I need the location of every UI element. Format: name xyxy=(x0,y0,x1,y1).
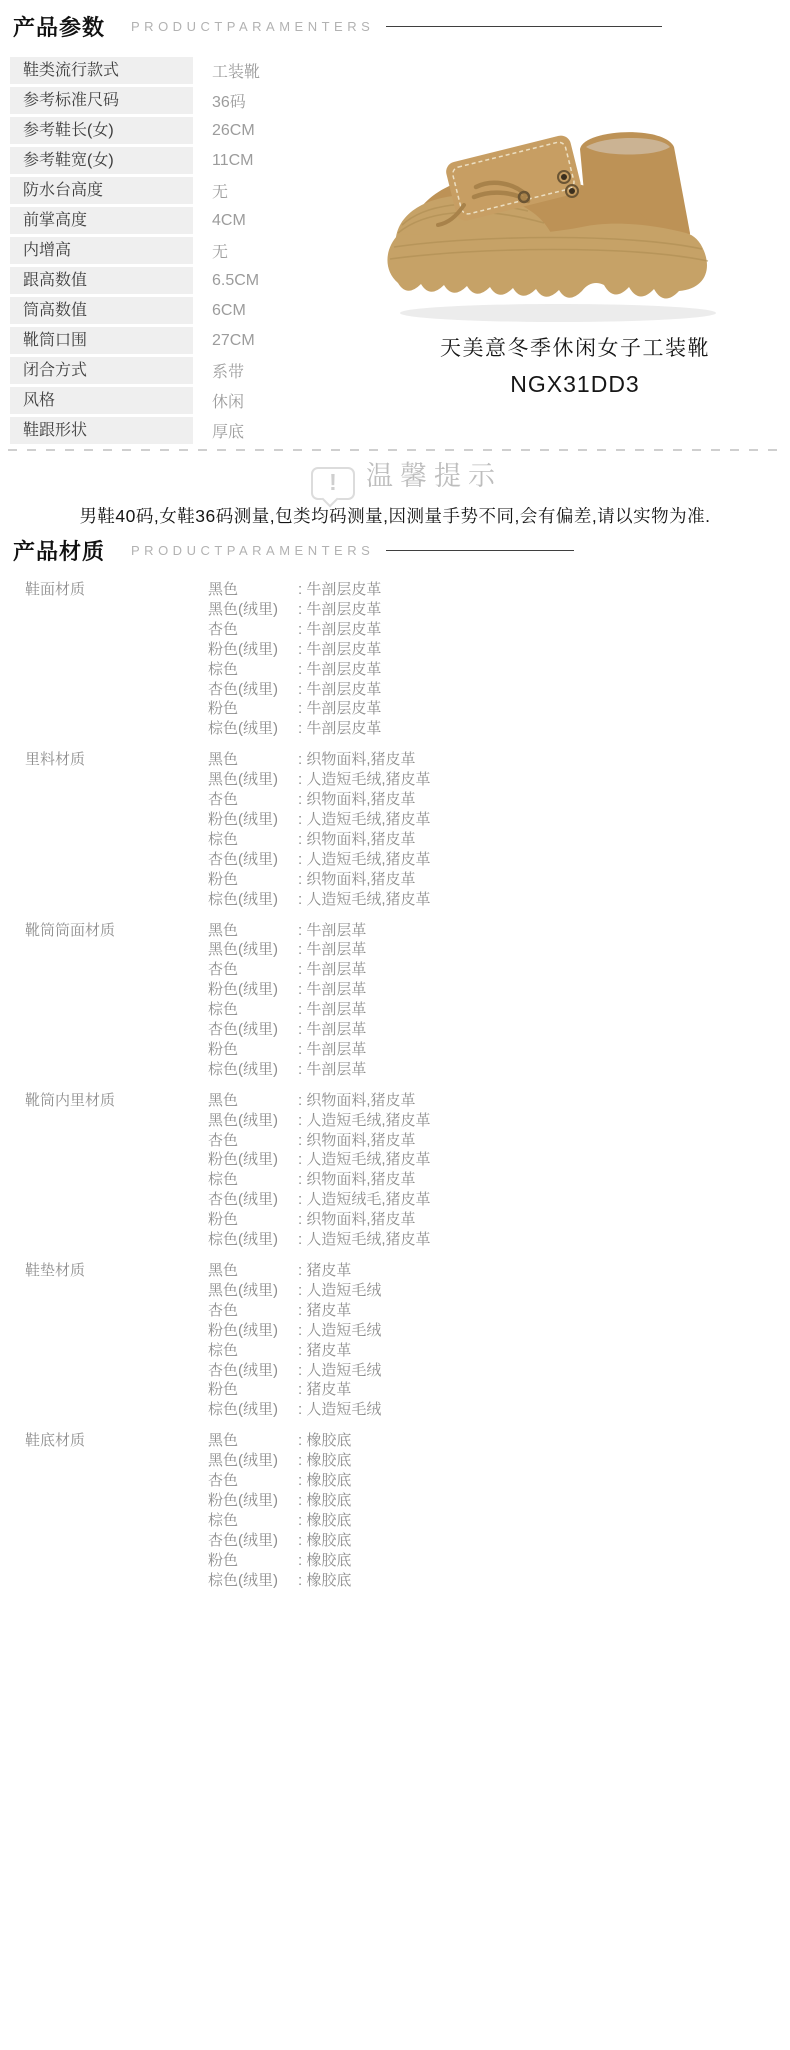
spec-label: 参考鞋宽(女) xyxy=(10,147,193,174)
spec-table: 鞋类流行款式工装靴参考标准尺码36码参考鞋长(女)26CM参考鞋宽(女)11CM… xyxy=(10,57,260,447)
material-color-name: 杏色 xyxy=(208,790,298,810)
spec-row: 参考标准尺码36码 xyxy=(10,87,260,114)
spec-value: 36码 xyxy=(212,89,246,112)
material-color-name: 棕色 xyxy=(208,1000,298,1020)
material-color-name: 粉色(绒里) xyxy=(208,1321,298,1341)
material-value: 牛剖层皮革 xyxy=(306,581,381,598)
material-value: 牛剖层革 xyxy=(306,1041,366,1058)
material-line: 杏色: 织物面料,猪皮革 xyxy=(208,1131,431,1151)
spec-value: 6.5CM xyxy=(212,272,259,290)
material-color-name: 黑色(绒里) xyxy=(208,1451,298,1471)
material-line: 黑色(绒里): 人造短毛绒,猪皮革 xyxy=(208,1111,431,1131)
material-value: 橡胶底 xyxy=(306,1572,351,1589)
material-value: 人造短毛绒,猪皮革 xyxy=(306,851,430,868)
material-lines: 黑色: 牛剖层革黑色(绒里): 牛剖层革杏色: 牛剖层革粉色(绒里): 牛剖层革… xyxy=(208,921,366,1080)
spec-label: 防水台高度 xyxy=(10,177,193,204)
material-line: 杏色: 猪皮革 xyxy=(208,1301,381,1321)
material-value: 织物面料,猪皮革 xyxy=(306,791,415,808)
spec-label: 鞋跟形状 xyxy=(10,417,193,444)
material-color-name: 粉色(绒里) xyxy=(208,980,298,1000)
material-line: 杏色(绒里): 人造短绒毛,猪皮革 xyxy=(208,1190,431,1210)
material-value: 牛剖层革 xyxy=(306,941,366,958)
material-value: 牛剖层皮革 xyxy=(306,601,381,618)
header-rule xyxy=(386,550,574,551)
material-color-name: 棕色(绒里) xyxy=(208,1230,298,1250)
material-line: 杏色: 橡胶底 xyxy=(208,1471,351,1491)
spec-value: 休闲 xyxy=(212,389,244,412)
material-line: 杏色(绒里): 人造短毛绒 xyxy=(208,1361,381,1381)
material-color-name: 粉色 xyxy=(208,1551,298,1571)
material-value: 橡胶底 xyxy=(306,1512,351,1529)
material-line: 棕色(绒里): 牛剖层革 xyxy=(208,1060,366,1080)
material-line: 棕色: 猪皮革 xyxy=(208,1341,381,1361)
material-value: 橡胶底 xyxy=(306,1532,351,1549)
material-group-label: 里料材质 xyxy=(25,750,208,909)
material-value: 牛剖层革 xyxy=(306,922,366,939)
material-lines: 黑色: 织物面料,猪皮革黑色(绒里): 人造短毛绒,猪皮革杏色: 织物面料,猪皮… xyxy=(208,750,431,909)
material-line: 棕色: 牛剖层皮革 xyxy=(208,660,381,680)
material-line: 杏色(绒里): 人造短毛绒,猪皮革 xyxy=(208,850,431,870)
material-value: 橡胶底 xyxy=(306,1472,351,1489)
material-line: 棕色(绒里): 人造短毛绒,猪皮革 xyxy=(208,890,431,910)
material-lines: 黑色: 橡胶底黑色(绒里): 橡胶底杏色: 橡胶底粉色(绒里): 橡胶底棕色: … xyxy=(208,1431,351,1590)
material-color-name: 棕色 xyxy=(208,1511,298,1531)
material-color-name: 杏色(绒里) xyxy=(208,680,298,700)
material-value: 织物面料,猪皮革 xyxy=(306,871,415,888)
materials-list: 鞋面材质黑色: 牛剖层皮革黑色(绒里): 牛剖层皮革杏色: 牛剖层皮革粉色(绒里… xyxy=(25,580,431,1602)
materials-section-header: 产品材质 PRODUCTPARAMENTERS xyxy=(13,535,574,565)
tips-text: 男鞋40码,女鞋36码测量,包类均码测量,因测量手势不同,会有偏差,请以实物为准… xyxy=(0,503,790,528)
spec-row: 参考鞋宽(女)11CM xyxy=(10,147,260,174)
material-line: 杏色(绒里): 牛剖层革 xyxy=(208,1020,366,1040)
params-section-header: 产品参数 PRODUCTPARAMENTERS xyxy=(13,11,662,41)
material-value: 橡胶底 xyxy=(306,1492,351,1509)
material-group-label: 靴筒筒面材质 xyxy=(25,921,208,1080)
material-line: 棕色(绒里): 人造短毛绒,猪皮革 xyxy=(208,1230,431,1250)
material-value: 人造短毛绒,猪皮革 xyxy=(306,1231,430,1248)
material-value: 牛剖层皮革 xyxy=(306,681,381,698)
material-value: 牛剖层皮革 xyxy=(306,720,381,737)
material-color-name: 粉色(绒里) xyxy=(208,810,298,830)
material-line: 杏色: 牛剖层皮革 xyxy=(208,620,381,640)
material-value: 猪皮革 xyxy=(306,1381,351,1398)
material-line: 杏色(绒里): 橡胶底 xyxy=(208,1531,351,1551)
material-value: 人造短毛绒,猪皮革 xyxy=(306,1112,430,1129)
material-group-label: 鞋面材质 xyxy=(25,580,208,739)
material-line: 黑色: 猪皮革 xyxy=(208,1261,381,1281)
material-value: 牛剖层革 xyxy=(306,981,366,998)
material-value: 牛剖层革 xyxy=(306,961,366,978)
material-color-name: 杏色(绒里) xyxy=(208,850,298,870)
material-color-name: 粉色(绒里) xyxy=(208,1491,298,1511)
material-line: 粉色(绒里): 人造短毛绒,猪皮革 xyxy=(208,1150,431,1170)
material-line: 杏色: 牛剖层革 xyxy=(208,960,366,980)
spec-row: 跟高数值6.5CM xyxy=(10,267,260,294)
material-value: 牛剖层皮革 xyxy=(306,700,381,717)
material-color-name: 黑色 xyxy=(208,750,298,770)
material-line: 黑色(绒里): 牛剖层革 xyxy=(208,940,366,960)
header-rule xyxy=(386,26,662,27)
material-line: 黑色: 牛剖层皮革 xyxy=(208,580,381,600)
spec-row: 闭合方式系带 xyxy=(10,357,260,384)
material-line: 粉色: 织物面料,猪皮革 xyxy=(208,870,431,890)
spec-value: 11CM xyxy=(212,152,254,170)
material-color-name: 杏色(绒里) xyxy=(208,1020,298,1040)
spec-value: 无 xyxy=(212,239,228,262)
material-color-name: 杏色(绒里) xyxy=(208,1190,298,1210)
material-color-name: 黑色 xyxy=(208,921,298,941)
material-line: 粉色(绒里): 牛剖层革 xyxy=(208,980,366,1000)
material-color-name: 黑色 xyxy=(208,1091,298,1111)
material-value: 织物面料,猪皮革 xyxy=(306,1171,415,1188)
material-color-name: 棕色(绒里) xyxy=(208,1060,298,1080)
material-line: 杏色: 织物面料,猪皮革 xyxy=(208,790,431,810)
material-value: 织物面料,猪皮革 xyxy=(306,1092,415,1109)
material-line: 粉色(绒里): 橡胶底 xyxy=(208,1491,351,1511)
spec-label: 闭合方式 xyxy=(10,357,193,384)
material-value: 人造短毛绒 xyxy=(306,1401,381,1418)
spec-value: 4CM xyxy=(212,212,246,230)
material-line: 棕色(绒里): 牛剖层皮革 xyxy=(208,719,381,739)
materials-title: 产品材质 xyxy=(13,535,105,566)
material-value: 人造短毛绒 xyxy=(306,1362,381,1379)
material-color-name: 粉色 xyxy=(208,1210,298,1230)
spec-label: 内增高 xyxy=(10,237,193,264)
material-group: 鞋垫材质黑色: 猪皮革黑色(绒里): 人造短毛绒杏色: 猪皮革粉色(绒里): 人… xyxy=(25,1261,431,1420)
material-line: 粉色: 牛剖层皮革 xyxy=(208,699,381,719)
material-color-name: 黑色 xyxy=(208,1431,298,1451)
boot-illustration xyxy=(368,85,768,330)
spec-row: 风格休闲 xyxy=(10,387,260,414)
material-value: 牛剖层革 xyxy=(306,1001,366,1018)
exclamation-bubble-icon: ! xyxy=(311,467,355,500)
material-group-label: 靴筒内里材质 xyxy=(25,1091,208,1250)
material-value: 织物面料,猪皮革 xyxy=(306,1132,415,1149)
material-lines: 黑色: 牛剖层皮革黑色(绒里): 牛剖层皮革杏色: 牛剖层皮革粉色(绒里): 牛… xyxy=(208,580,381,739)
material-line: 黑色: 织物面料,猪皮革 xyxy=(208,750,431,770)
material-line: 粉色: 织物面料,猪皮革 xyxy=(208,1210,431,1230)
spec-value: 27CM xyxy=(212,332,255,350)
material-color-name: 粉色 xyxy=(208,1380,298,1400)
material-value: 人造短毛绒,猪皮革 xyxy=(306,771,430,788)
params-title: 产品参数 xyxy=(13,11,105,42)
spec-row: 筒高数值6CM xyxy=(10,297,260,324)
spec-row: 防水台高度无 xyxy=(10,177,260,204)
material-color-name: 黑色(绒里) xyxy=(208,1281,298,1301)
material-color-name: 杏色 xyxy=(208,1131,298,1151)
product-image xyxy=(368,85,768,330)
material-value: 人造短毛绒 xyxy=(306,1282,381,1299)
material-color-name: 黑色(绒里) xyxy=(208,1111,298,1131)
material-color-name: 黑色(绒里) xyxy=(208,600,298,620)
material-line: 黑色(绒里): 牛剖层皮革 xyxy=(208,600,381,620)
material-color-name: 粉色 xyxy=(208,699,298,719)
material-line: 杏色(绒里): 牛剖层皮革 xyxy=(208,680,381,700)
material-color-name: 杏色 xyxy=(208,1471,298,1491)
spec-label: 前掌高度 xyxy=(10,207,193,234)
material-color-name: 黑色(绒里) xyxy=(208,940,298,960)
material-color-name: 粉色 xyxy=(208,1040,298,1060)
material-line: 黑色: 橡胶底 xyxy=(208,1431,351,1451)
tips-header: ! 温馨提示 xyxy=(0,456,790,508)
material-group: 靴筒筒面材质黑色: 牛剖层革黑色(绒里): 牛剖层革杏色: 牛剖层革粉色(绒里)… xyxy=(25,921,431,1080)
spec-value: 系带 xyxy=(212,359,244,382)
material-color-name: 黑色(绒里) xyxy=(208,770,298,790)
material-group: 鞋底材质黑色: 橡胶底黑色(绒里): 橡胶底杏色: 橡胶底粉色(绒里): 橡胶底… xyxy=(25,1431,431,1590)
product-title: 天美意冬季休闲女子工装靴 xyxy=(370,332,780,362)
spec-row: 参考鞋长(女)26CM xyxy=(10,117,260,144)
material-value: 牛剖层革 xyxy=(306,1021,366,1038)
material-color-name: 棕色 xyxy=(208,830,298,850)
material-value: 人造短毛绒 xyxy=(306,1322,381,1339)
product-model: NGX31DD3 xyxy=(370,371,780,398)
material-line: 棕色(绒里): 橡胶底 xyxy=(208,1571,351,1591)
params-subtitle: PRODUCTPARAMENTERS xyxy=(131,19,374,34)
spec-row: 鞋跟形状厚底 xyxy=(10,417,260,444)
material-line: 黑色(绒里): 人造短毛绒,猪皮革 xyxy=(208,770,431,790)
material-line: 棕色: 牛剖层革 xyxy=(208,1000,366,1020)
spec-value: 26CM xyxy=(212,122,255,140)
material-line: 粉色: 橡胶底 xyxy=(208,1551,351,1571)
material-value: 牛剖层皮革 xyxy=(306,641,381,658)
material-color-name: 棕色 xyxy=(208,1170,298,1190)
material-value: 牛剖层革 xyxy=(306,1061,366,1078)
material-value: 织物面料,猪皮革 xyxy=(306,831,415,848)
material-group: 靴筒内里材质黑色: 织物面料,猪皮革黑色(绒里): 人造短毛绒,猪皮革杏色: 织… xyxy=(25,1091,431,1250)
material-color-name: 杏色 xyxy=(208,620,298,640)
material-value: 橡胶底 xyxy=(306,1452,351,1469)
material-lines: 黑色: 猪皮革黑色(绒里): 人造短毛绒杏色: 猪皮革粉色(绒里): 人造短毛绒… xyxy=(208,1261,381,1420)
material-group-label: 鞋底材质 xyxy=(25,1431,208,1590)
material-color-name: 黑色 xyxy=(208,580,298,600)
material-value: 橡胶底 xyxy=(306,1432,351,1449)
spec-value: 工装靴 xyxy=(212,59,260,82)
material-line: 棕色: 橡胶底 xyxy=(208,1511,351,1531)
spec-row: 内增高无 xyxy=(10,237,260,264)
material-color-name: 杏色 xyxy=(208,960,298,980)
material-line: 粉色(绒里): 人造短毛绒 xyxy=(208,1321,381,1341)
boot-ground-shadow xyxy=(400,304,716,322)
material-color-name: 粉色(绒里) xyxy=(208,640,298,660)
material-value: 牛剖层皮革 xyxy=(306,621,381,638)
material-group: 里料材质黑色: 织物面料,猪皮革黑色(绒里): 人造短毛绒,猪皮革杏色: 织物面… xyxy=(25,750,431,909)
material-color-name: 棕色(绒里) xyxy=(208,719,298,739)
material-line: 粉色(绒里): 人造短毛绒,猪皮革 xyxy=(208,810,431,830)
material-line: 黑色(绒里): 橡胶底 xyxy=(208,1451,351,1471)
material-color-name: 杏色(绒里) xyxy=(208,1531,298,1551)
section-divider xyxy=(8,449,782,451)
material-line: 棕色(绒里): 人造短毛绒 xyxy=(208,1400,381,1420)
material-color-name: 棕色(绒里) xyxy=(208,890,298,910)
material-value: 人造短毛绒,猪皮革 xyxy=(306,891,430,908)
spec-value: 无 xyxy=(212,179,228,202)
material-line: 棕色: 织物面料,猪皮革 xyxy=(208,830,431,850)
spec-row: 鞋类流行款式工装靴 xyxy=(10,57,260,84)
spec-label: 靴筒口围 xyxy=(10,327,193,354)
material-group-label: 鞋垫材质 xyxy=(25,1261,208,1420)
spec-row: 靴筒口围27CM xyxy=(10,327,260,354)
material-value: 织物面料,猪皮革 xyxy=(306,751,415,768)
spec-value: 厚底 xyxy=(212,419,244,442)
material-color-name: 棕色 xyxy=(208,660,298,680)
spec-label: 参考鞋长(女) xyxy=(10,117,193,144)
spec-label: 风格 xyxy=(10,387,193,414)
material-line: 粉色(绒里): 牛剖层皮革 xyxy=(208,640,381,660)
spec-label: 筒高数值 xyxy=(10,297,193,324)
material-value: 猪皮革 xyxy=(306,1302,351,1319)
material-line: 黑色: 织物面料,猪皮革 xyxy=(208,1091,431,1111)
product-caption: 天美意冬季休闲女子工装靴 NGX31DD3 xyxy=(370,332,780,398)
material-line: 粉色: 猪皮革 xyxy=(208,1380,381,1400)
material-value: 人造短毛绒,猪皮革 xyxy=(306,1151,430,1168)
material-color-name: 棕色(绒里) xyxy=(208,1571,298,1591)
material-value: 猪皮革 xyxy=(306,1342,351,1359)
material-value: 橡胶底 xyxy=(306,1552,351,1569)
material-value: 猪皮革 xyxy=(306,1262,351,1279)
material-color-name: 粉色 xyxy=(208,870,298,890)
material-line: 黑色: 牛剖层革 xyxy=(208,921,366,941)
material-color-name: 黑色 xyxy=(208,1261,298,1281)
material-value: 人造短绒毛,猪皮革 xyxy=(306,1191,430,1208)
material-value: 人造短毛绒,猪皮革 xyxy=(306,811,430,828)
material-line: 黑色(绒里): 人造短毛绒 xyxy=(208,1281,381,1301)
material-group: 鞋面材质黑色: 牛剖层皮革黑色(绒里): 牛剖层皮革杏色: 牛剖层皮革粉色(绒里… xyxy=(25,580,431,739)
spec-label: 鞋类流行款式 xyxy=(10,57,193,84)
material-color-name: 棕色 xyxy=(208,1341,298,1361)
materials-subtitle: PRODUCTPARAMENTERS xyxy=(131,543,374,558)
material-lines: 黑色: 织物面料,猪皮革黑色(绒里): 人造短毛绒,猪皮革杏色: 织物面料,猪皮… xyxy=(208,1091,431,1250)
spec-label: 参考标准尺码 xyxy=(10,87,193,114)
material-color-name: 粉色(绒里) xyxy=(208,1150,298,1170)
material-value: 织物面料,猪皮革 xyxy=(306,1211,415,1228)
material-line: 棕色: 织物面料,猪皮革 xyxy=(208,1170,431,1190)
spec-value: 6CM xyxy=(212,302,246,320)
tips-heading: 温馨提示 xyxy=(366,454,502,493)
spec-row: 前掌高度4CM xyxy=(10,207,260,234)
material-value: 牛剖层皮革 xyxy=(306,661,381,678)
material-color-name: 棕色(绒里) xyxy=(208,1400,298,1420)
spec-label: 跟高数值 xyxy=(10,267,193,294)
material-color-name: 杏色 xyxy=(208,1301,298,1321)
material-color-name: 杏色(绒里) xyxy=(208,1361,298,1381)
material-line: 粉色: 牛剖层革 xyxy=(208,1040,366,1060)
